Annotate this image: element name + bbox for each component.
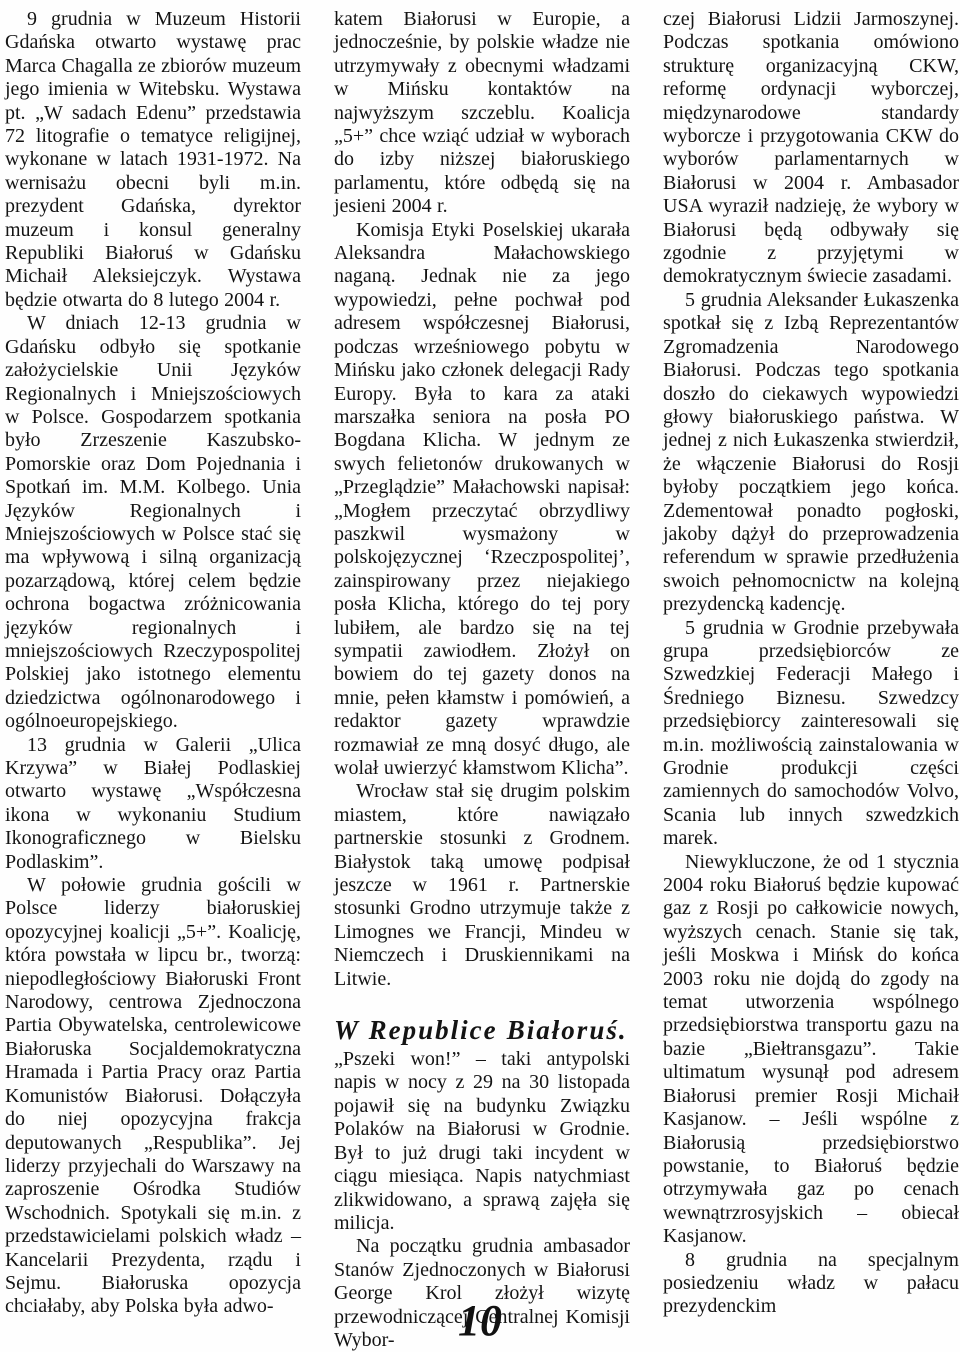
paragraph-us-ambassador-continued: czej Białorusi Lidzii Jarmoszynej. Podcz…: [663, 8, 959, 289]
page-number: 10: [0, 1296, 960, 1346]
paragraph-lukashenka-parliament: 5 grudnia Aleksander Łukaszenka spotkał …: [663, 289, 959, 617]
paragraph-icon-exhibition: 13 grudnia w Galerii „Ulica Krzywa” w Bi…: [5, 734, 301, 874]
paragraph-wroclaw-grodno: Wrocław stał się drugim polskim miastem,…: [334, 780, 630, 991]
column-1: 9 grudnia w Muzeum Historii Gdańska otwa…: [5, 8, 301, 1352]
paragraph-chagall-exhibition: 9 grudnia w Muzeum Historii Gdańska otwa…: [5, 8, 301, 312]
paragraph-opposition-coalition-continued: katem Białorusi w Europie, a jednocześni…: [334, 8, 630, 219]
magazine-page: 9 grudnia w Muzeum Historii Gdańska otwa…: [0, 0, 960, 1352]
paragraph-swedish-entrepreneurs: 5 grudnia w Grodnie przebywała grupa prz…: [663, 617, 959, 851]
column-3: czej Białorusi Lidzii Jarmoszynej. Podcz…: [663, 8, 959, 1352]
paragraph-language-union: W dniach 12-13 grudnia w Gdańsku odbyło …: [5, 312, 301, 733]
paragraph-ethics-committee: Komisja Etyki Poselskiej ukarała Aleksan…: [334, 219, 630, 781]
paragraph-grodno-incident: „Pszeki won!” – taki antypolski napis w …: [334, 1048, 630, 1235]
paragraph-gas-prices: Niewykluczone, że od 1 stycznia 2004 rok…: [663, 851, 959, 1249]
column-2: katem Białorusi w Europie, a jednocześni…: [334, 8, 630, 1352]
paragraph-opposition-coalition: W połowie grudnia gościli w Polsce lider…: [5, 874, 301, 1319]
text-columns: 9 grudnia w Muzeum Historii Gdańska otwa…: [5, 8, 959, 1352]
section-heading: W Republice Białoruś.: [334, 1014, 630, 1046]
